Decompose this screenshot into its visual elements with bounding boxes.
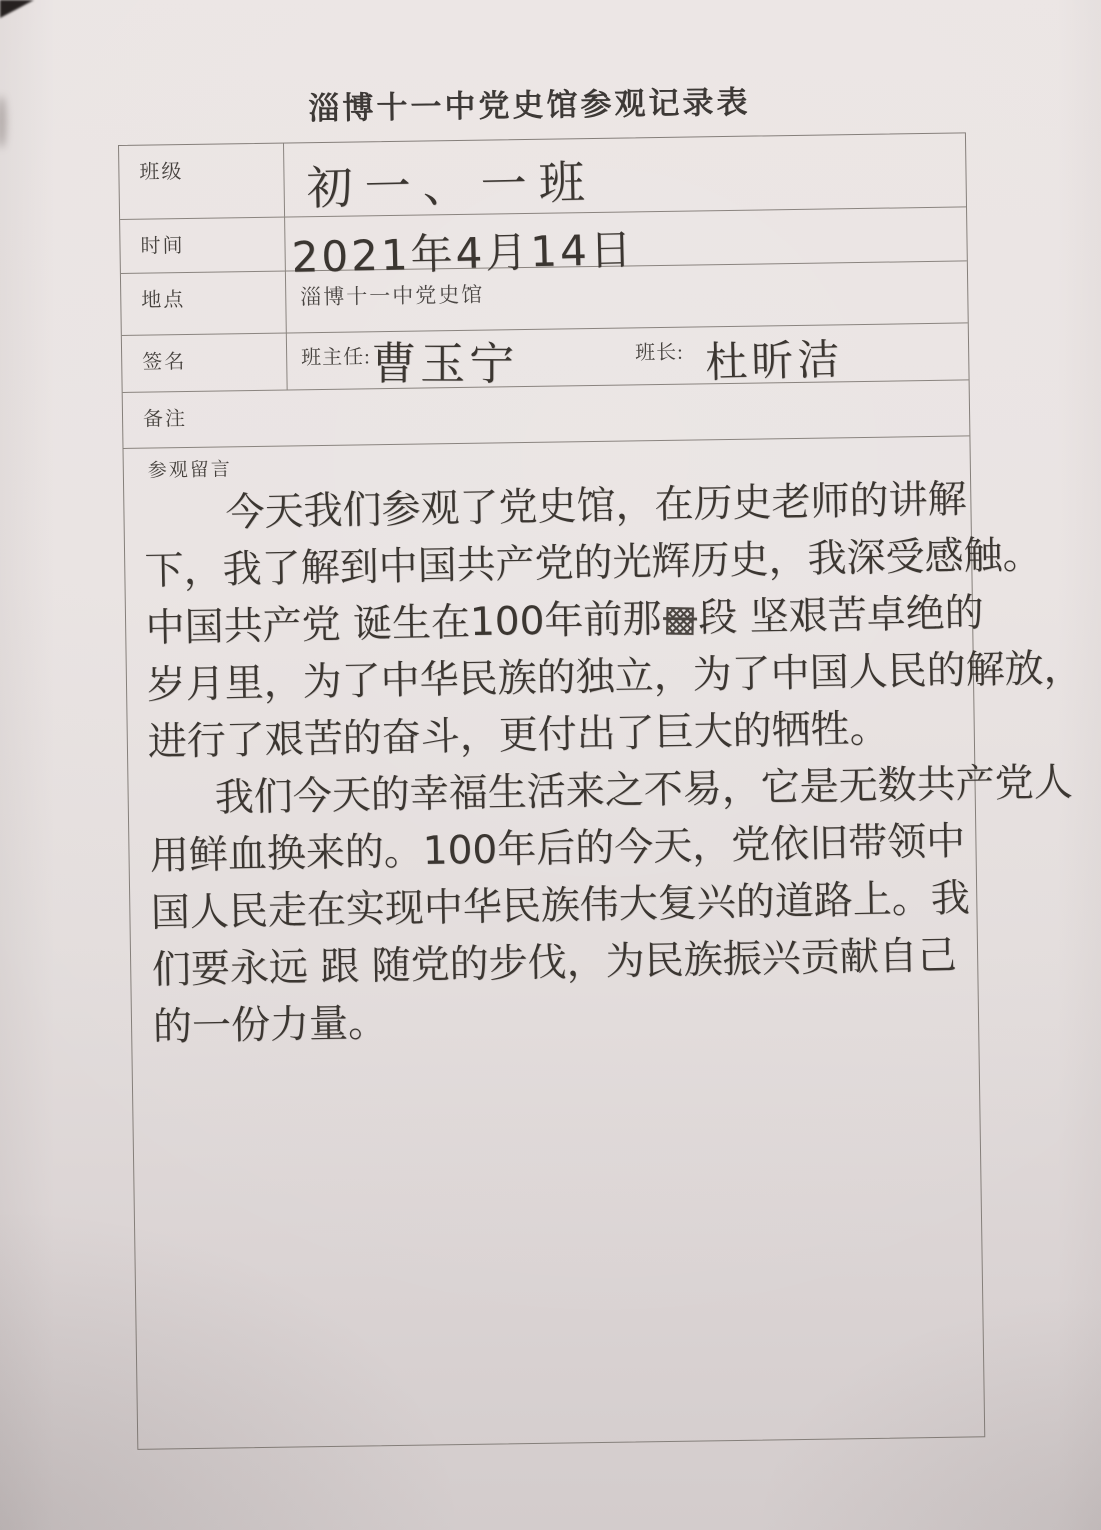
row-comment: 参观留言 今天我们参观了党史馆，在历史老师的讲解 下，我了解到中国共产党的光辉历… (124, 436, 985, 1448)
place-label: 地点 (121, 272, 287, 335)
row-class: 班级 初一、一班 (119, 133, 966, 220)
time-label: 时间 (120, 218, 286, 273)
monitor-signature-label: 班长: (635, 336, 684, 366)
place-value-cell: 淄博十一中党史馆 (286, 261, 968, 332)
signature-label: 签名 (122, 334, 288, 392)
crossed-out-character: ▩ (662, 592, 697, 645)
time-value-cell: 2021年4月14日 (285, 207, 967, 270)
essay-line3-post: 段 坚艰苦卓绝的 (698, 591, 984, 641)
page-title: 淄博十一中党史馆参观记录表 (0, 72, 1060, 133)
photo-corner-shadow (0, 0, 34, 18)
photographed-paper-form: 淄博十一中党史馆参观记录表 班级 初一、一班 时间 2021年4月14日 地点 … (0, 0, 1101, 1530)
paper-content: 淄博十一中党史馆参观记录表 班级 初一、一班 时间 2021年4月14日 地点 … (0, 0, 1101, 1530)
class-value-cell: 初一、一班 (284, 133, 966, 216)
note-label: 备注 (123, 392, 188, 448)
comment-label: 参观留言 (148, 454, 232, 482)
visitor-comment-essay: 今天我们参观了党史馆，在历史老师的讲解 下，我了解到中国共产党的光辉历史，我深受… (143, 471, 963, 1056)
record-form-table: 班级 初一、一班 时间 2021年4月14日 地点 淄博十一中党史馆 签名 (118, 132, 985, 1449)
teacher-signature-handwritten: 曹玉宁 (371, 327, 518, 392)
essay-line3-pre: 中国共产党 诞生在100年前那 (145, 597, 662, 651)
teacher-signature-label: 班主任: (301, 340, 371, 370)
class-label: 班级 (119, 144, 285, 219)
monitor-signature-handwritten: 杜昕洁 (704, 327, 843, 390)
class-value-handwritten: 初一、一班 (306, 146, 597, 218)
signature-value-cell: 班主任: 曹玉宁 班长: 杜昕洁 (287, 323, 969, 389)
place-value-printed: 淄博十一中党史馆 (300, 279, 484, 312)
